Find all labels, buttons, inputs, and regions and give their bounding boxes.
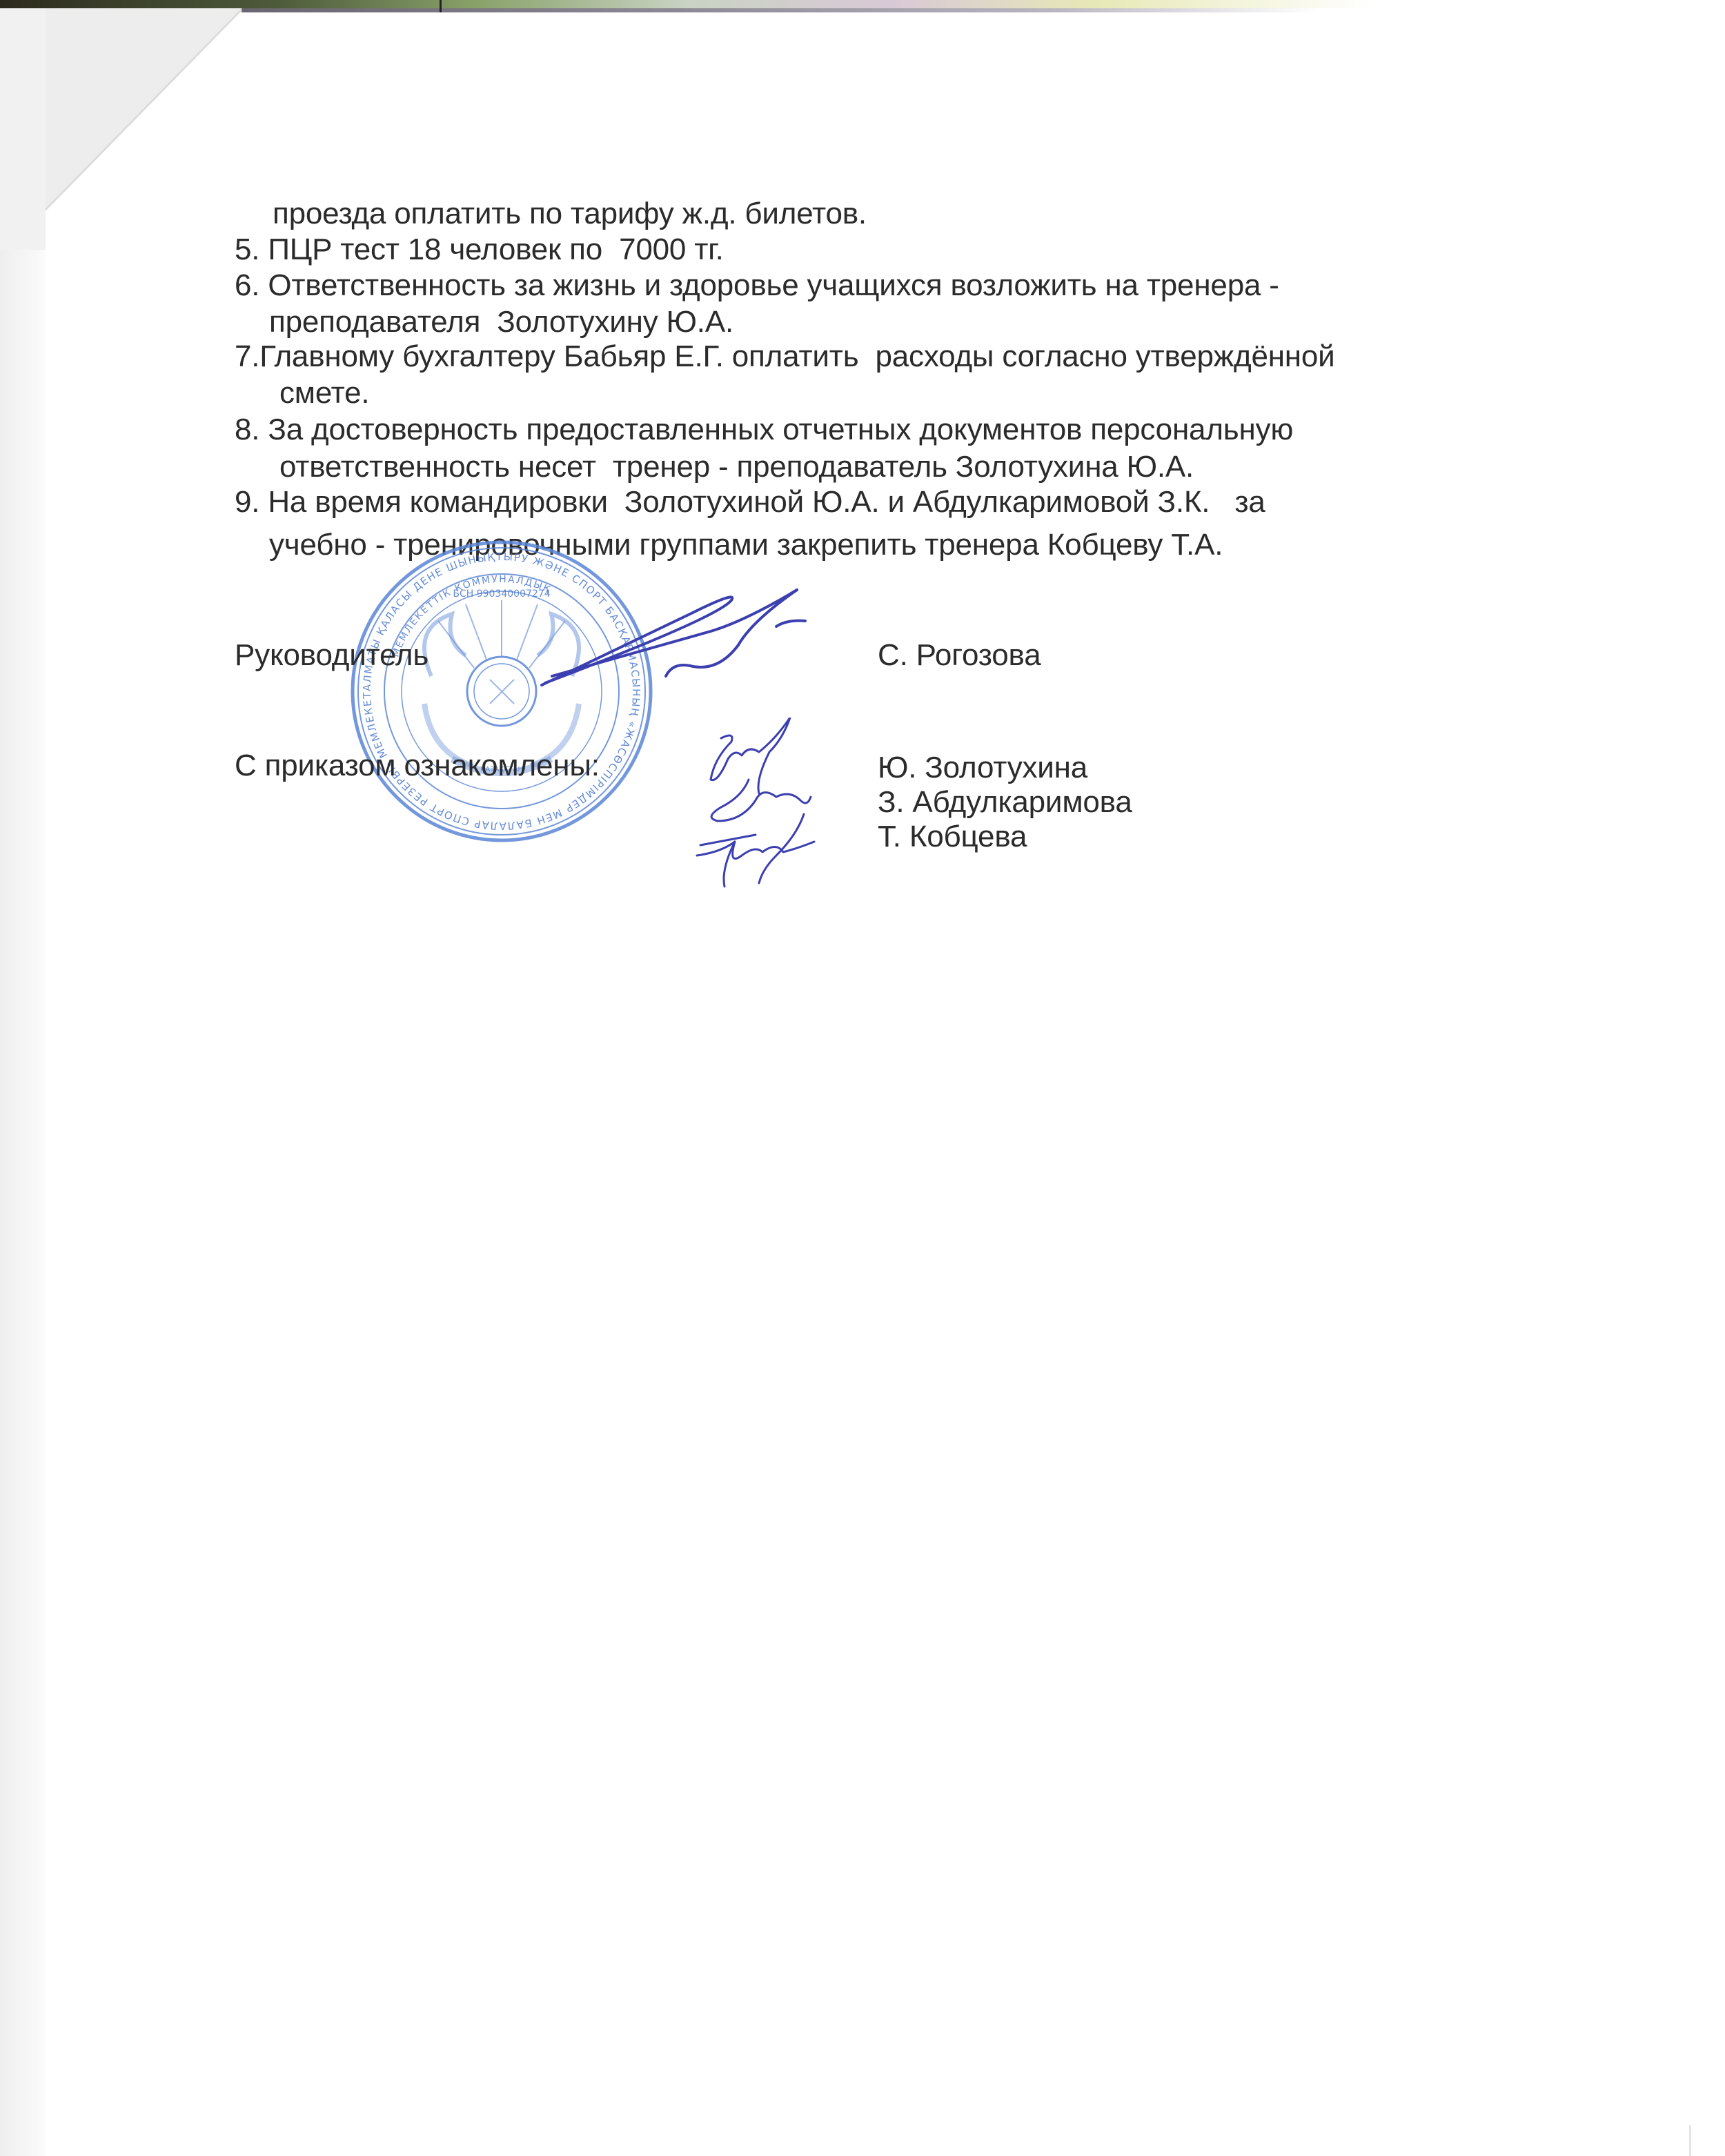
head-label: Руководитель bbox=[235, 637, 428, 673]
page-left-edge bbox=[0, 8, 46, 2156]
acknowledged-signatures bbox=[693, 718, 831, 890]
continuation-line: проезда оплатить по тарифу ж.д. билетов. bbox=[273, 196, 867, 232]
item-8-line-2: ответственность несет тренер - преподава… bbox=[279, 449, 1194, 485]
item-8-line-1: 8. За достоверность предоставленных отче… bbox=[235, 412, 1293, 448]
item-6-line-1: 6. Ответственность за жизнь и здоровье у… bbox=[235, 268, 1279, 304]
item-9-line-1: 9. На время командировки Золотухиной Ю.А… bbox=[235, 484, 1265, 520]
scan-artifact-mark bbox=[1689, 2125, 1691, 2156]
item-7-line-2: смете. bbox=[279, 375, 369, 411]
item-7-line-1: 7.Главному бухгалтеру Бабьяр Е.Г. оплати… bbox=[235, 339, 1335, 375]
head-signature bbox=[531, 580, 821, 697]
acknowledged-name-2: З. Абдулкаримова bbox=[878, 784, 1132, 820]
scanner-top-edge bbox=[0, 0, 1373, 8]
item-5-line-1: 5. ПЦР тест 18 человек по 7000 тг. bbox=[235, 232, 724, 268]
acknowledged-name-1: Ю. Золотухина bbox=[878, 750, 1087, 786]
acknowledged-name-3: Т. Кобцева bbox=[878, 819, 1027, 855]
item-6-line-2: преподавателя Золотухину Ю.А. bbox=[269, 304, 733, 340]
head-name: С. Рогозова bbox=[878, 637, 1041, 673]
acknowledged-label: С приказом ознакомлены: bbox=[235, 748, 600, 784]
